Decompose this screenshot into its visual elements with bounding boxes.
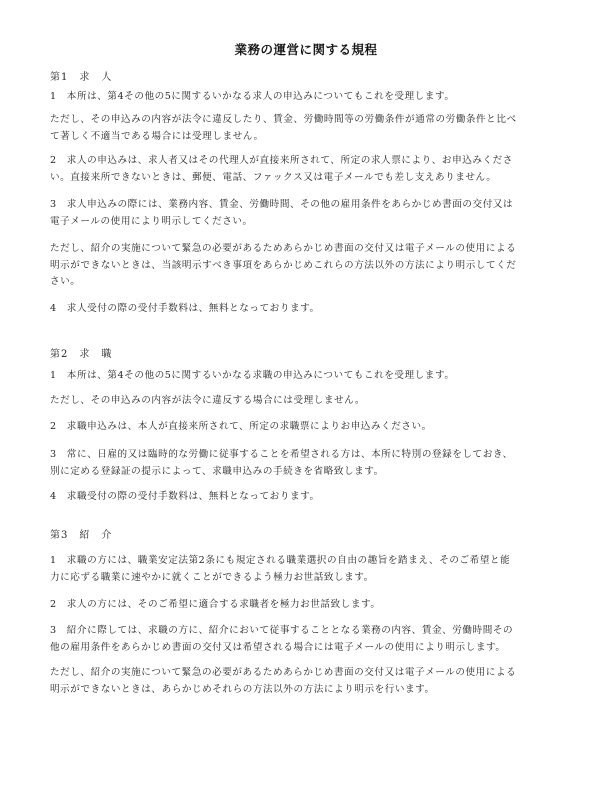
section-3-paragraph-2: 2 求人の方には、そのご希望に適合する求職者を極力お世話致します。 [50, 597, 572, 614]
text-line: 1 本所は、第4その他の5に関するいかなる求職の申込みについてもこれを受理します… [50, 368, 572, 385]
section-2-paragraph-1: 1 本所は、第4その他の5に関するいかなる求職の申込みについてもこれを受理します… [50, 368, 572, 385]
text-line: ただし、その申込みの内容が法令に違反する場合には受理しません。 [50, 393, 572, 410]
section-2-paragraph-2: ただし、その申込みの内容が法令に違反する場合には受理しません。 [50, 393, 572, 410]
text-line: ただし、紹介の実施について緊急の必要があるためあらかじめ書面の交付又は電子メール… [50, 241, 572, 258]
text-line: 他の雇用条件をあらかじめ書面の交付又は希望される場合には電子メールの使用により明… [50, 640, 572, 657]
document-page: 業務の運営に関する規程 第1 求 人 1 本所は、第4その他の5に関するいかなる… [0, 0, 612, 792]
section-heading-2: 第2 求 職 [50, 345, 112, 360]
text-line: 力に応ずる職業に速やかに就くことができるよう極力お世話致します。 [50, 570, 572, 587]
text-line: 3 常に、日雇的又は臨時的な労働に従事することを希望される方は、本所に特別の登録… [50, 447, 572, 464]
text-line: 2 求人の方には、そのご希望に適合する求職者を極力お世話致します。 [50, 597, 572, 614]
section-3-paragraph-1: 1 求職の方には、職業安定法第2条にも規定される職業選択の自由の趣旨を踏まえ、そ… [50, 553, 572, 586]
text-line: 明示ができないときは、あらかじめそれらの方法以外の方法により明示を行います。 [50, 682, 572, 699]
section-1-paragraph-6: 4 求人受付の際の受付手数料は、無料となっております。 [50, 301, 572, 318]
text-line: い。直接来所できないときは、郵便、電話、ファックス又は電子メールでも差し支えあり… [50, 170, 572, 187]
text-line: 明示ができないときは、当該明示すべき事項をあらかじめこれらの方法以外の方法により… [50, 258, 572, 275]
section-3-paragraph-4: ただし、紹介の実施について緊急の必要があるためあらかじめ書面の交付又は電子メール… [50, 665, 572, 698]
text-line: さい。 [50, 274, 572, 291]
text-line: 4 求人受付の際の受付手数料は、無料となっております。 [50, 301, 572, 318]
text-line: 1 本所は、第4その他の5に関するいかなる求人の申込みについてもこれを受理します… [50, 89, 572, 106]
text-line: 4 求職受付の際の受付手数料は、無料となっております。 [50, 489, 572, 506]
text-line: 別に定める登録証の提示によって、求職申込みの手続きを省略致します。 [50, 464, 572, 481]
text-line: ただし、紹介の実施について緊急の必要があるためあらかじめ書面の交付又は電子メール… [50, 665, 572, 682]
section-1-paragraph-3: 2 求人の申込みは、求人者又はその代理人が直接来所されて、所定の求人票により、お… [50, 153, 572, 186]
section-2-paragraph-3: 2 求職申込みは、本人が直接来所されて、所定の求職票によりお申込みください。 [50, 419, 572, 436]
section-1-paragraph-5: ただし、紹介の実施について緊急の必要があるためあらかじめ書面の交付又は電子メール… [50, 241, 572, 291]
text-line: ただし、その申込みの内容が法令に違反したり、賃金、労働時間等の労働条件が通常の労… [50, 112, 572, 129]
section-1-paragraph-1: 1 本所は、第4その他の5に関するいかなる求人の申込みについてもこれを受理します… [50, 89, 572, 106]
text-line: 3 求人申込みの際には、業務内容、賃金、労働時間、その他の雇用条件をあらかじめ書… [50, 197, 572, 214]
section-3-paragraph-3: 3 紹介に際しては、求職の方に、紹介において従事することとなる業務の内容、賃金、… [50, 623, 572, 656]
section-1-paragraph-2: ただし、その申込みの内容が法令に違反したり、賃金、労働時間等の労働条件が通常の労… [50, 112, 572, 145]
text-line: 電子メールの使用により明示してください。 [50, 214, 572, 231]
section-1-paragraph-4: 3 求人申込みの際には、業務内容、賃金、労働時間、その他の雇用条件をあらかじめ書… [50, 197, 572, 230]
text-line: て著しく不適当である場合には受理しません。 [50, 129, 572, 146]
document-title: 業務の運営に関する規程 [0, 40, 612, 58]
text-line: 3 紹介に際しては、求職の方に、紹介において従事することとなる業務の内容、賃金、… [50, 623, 572, 640]
section-heading-3: 第3 紹 介 [50, 526, 112, 541]
section-2-paragraph-4: 3 常に、日雇的又は臨時的な労働に従事することを希望される方は、本所に特別の登録… [50, 447, 572, 480]
section-2-paragraph-5: 4 求職受付の際の受付手数料は、無料となっております。 [50, 489, 572, 506]
section-heading-1: 第1 求 人 [50, 68, 112, 83]
text-line: 2 求人の申込みは、求人者又はその代理人が直接来所されて、所定の求人票により、お… [50, 153, 572, 170]
text-line: 2 求職申込みは、本人が直接来所されて、所定の求職票によりお申込みください。 [50, 419, 572, 436]
text-line: 1 求職の方には、職業安定法第2条にも規定される職業選択の自由の趣旨を踏まえ、そ… [50, 553, 572, 570]
